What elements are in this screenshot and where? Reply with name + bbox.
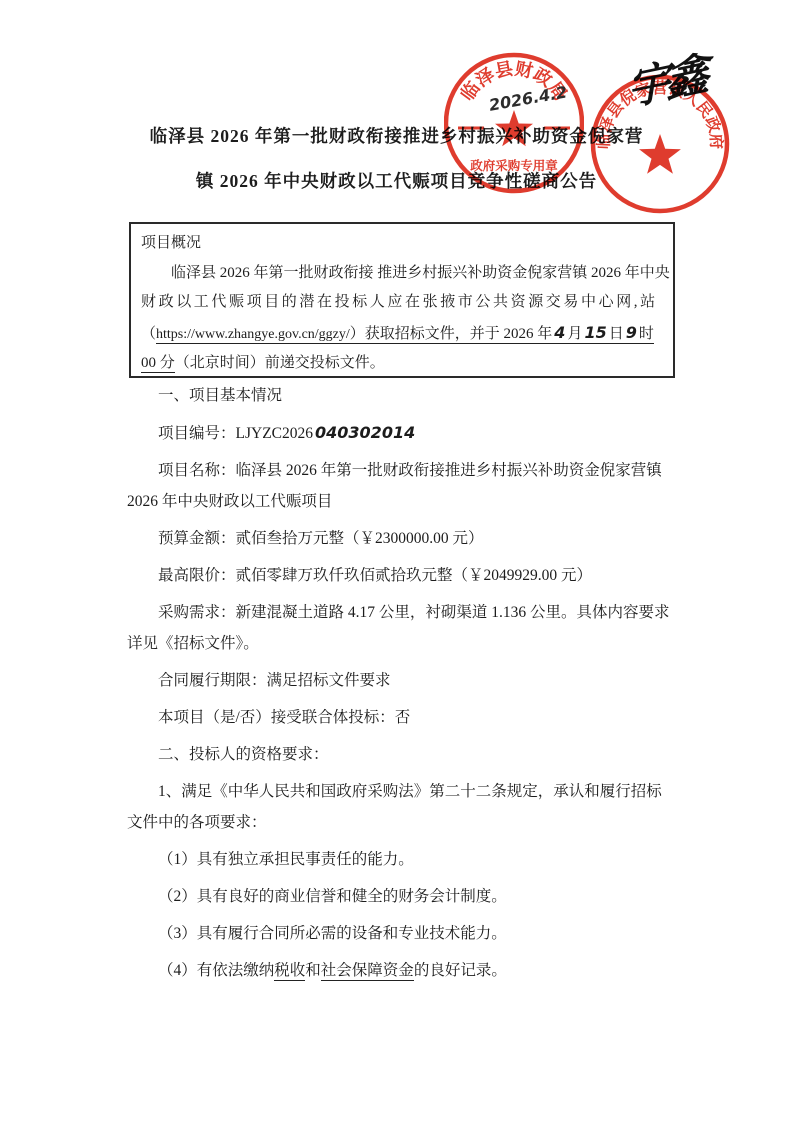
handwritten-day: 15	[582, 323, 608, 342]
seal-handwritten-date: 2026.4.2	[488, 82, 569, 114]
project-number-handwritten: 040302014	[313, 423, 417, 442]
handwritten-month: 4	[552, 323, 567, 342]
overview-line4: 00 分（北京时间）前递交投标文件。	[141, 349, 665, 379]
document-page: 临泽县财政局 2026.4.2 政府采购专用章 临泽县倪家营镇人民政府 宇鑫 临…	[0, 0, 793, 1122]
seal-subtitle: 政府采购专用章	[469, 158, 558, 173]
project-number: 项目编号：LJYZC2026040302014	[127, 417, 673, 449]
day-unit: 日	[609, 326, 624, 342]
consortium-bidding: 本项目（是/否）接受联合体投标：否	[127, 702, 673, 733]
section2-heading: 二、投标人的资格要求：	[127, 739, 673, 770]
handwritten-hour: 9	[624, 323, 639, 342]
document-body: 一、项目基本情况 项目编号：LJYZC2026040302014 项目名称：临泽…	[127, 380, 673, 992]
budget-amount: 预算金额：贰佰叁拾万元整（￥2300000.00 元）	[127, 523, 673, 554]
sub4-mid: 和	[305, 962, 321, 979]
project-overview-box: 项目概况 临泽县 2026 年第一批财政衔接 推进乡村振兴补助资金倪家营镇 20…	[129, 222, 675, 378]
open-paren: （	[141, 326, 156, 342]
deadline-rest: （北京时间）前递交投标文件。	[175, 355, 385, 371]
finance-bureau-seal: 临泽县财政局 2026.4.2 政府采购专用章	[444, 48, 584, 198]
qualification-sub1: （1）具有独立承担民事责任的能力。	[127, 844, 673, 875]
deadline-minutes: 00 分	[141, 355, 175, 373]
project-name: 项目名称：临泽县 2026 年第一批财政衔接推进乡村振兴补助资金倪家营镇 202…	[127, 455, 673, 517]
overview-heading: 项目概况	[141, 229, 665, 259]
overview-line2: 财政以工代赈项目的潜在投标人应在张掖市公共资源交易中心网,站	[141, 288, 665, 318]
star-icon	[639, 134, 681, 174]
finance-bureau-seal-graphic: 临泽县财政局 2026.4.2 政府采购专用章	[444, 48, 584, 198]
qualification-sub4: （4）有依法缴纳税收和社会保障资金的良好记录。	[127, 955, 673, 986]
sub4-tax-underlined: 税收	[274, 962, 305, 981]
qualification-sub3: （3）具有履行合同所必需的设备和专业技术能力。	[127, 918, 673, 949]
hour-unit: 时	[639, 326, 654, 342]
contract-term: 合同履行期限：满足招标文件要求	[127, 665, 673, 696]
sub4-prefix: （4）有依法缴纳	[158, 962, 274, 979]
sub4-social-security-underlined: 社会保障资金	[321, 962, 414, 981]
month-unit: 月	[567, 326, 582, 342]
section1-heading: 一、项目基本情况	[127, 380, 673, 411]
procurement-portal-url: https://www.zhangye.gov.cn/ggzy/	[156, 327, 350, 342]
overview-line3: （https://www.zhangye.gov.cn/ggzy/）获取招标文件…	[141, 318, 665, 350]
star-icon	[495, 110, 533, 146]
qualification-sub2: （2）具有良好的商业信誉和健全的财务会计制度。	[127, 881, 673, 912]
max-price: 最高限价：贰佰零肆万玖仟玖佰贰拾玖元整（￥2049929.00 元）	[127, 560, 673, 591]
qualification-req1: 1、满足《中华人民共和国政府采购法》第二十二条规定，承认和履行招标文件中的各项要…	[127, 776, 673, 838]
deadline-text: ）获取招标文件，并于 2026 年	[350, 326, 553, 342]
project-number-label: 项目编号：LJYZC2026	[158, 425, 313, 442]
overview-line1: 临泽县 2026 年第一批财政衔接 推进乡村振兴补助资金倪家营镇 2026 年中…	[141, 259, 665, 289]
procurement-requirements: 采购需求：新建混凝土道路 4.17 公里，衬砌渠道 1.136 公里。具体内容要…	[127, 597, 673, 659]
sub4-suffix: 的良好记录。	[414, 962, 507, 979]
